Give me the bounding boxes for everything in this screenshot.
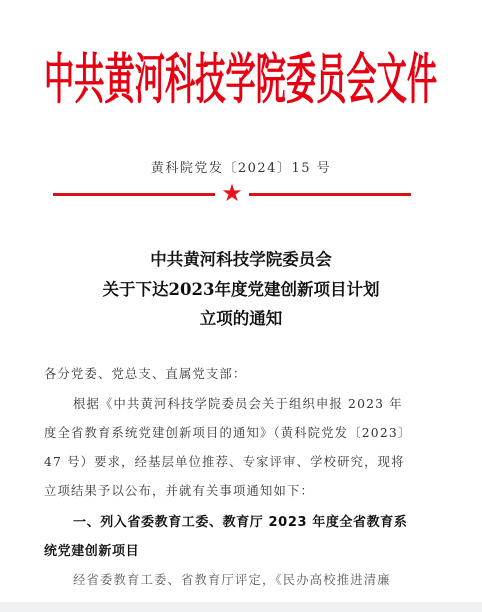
paragraph1-line-2: 度全省教育系统党建创新项目的通知》（黄科院党发〔2023〕: [44, 423, 444, 441]
document-page: 中共黄河科技学院委员会文件 黄科院党发〔2024〕15 号 ★ 中共黄河科技学院…: [0, 0, 482, 602]
paragraph2-line-1: 经省委教育工委、省教育厅评定，《民办高校推进清廉: [73, 570, 473, 588]
masthead-text: 中共黄河科技学院委员会文件: [44, 38, 437, 124]
red-divider-right: [249, 193, 411, 196]
title-line-2: 关于下达2023年度党建创新项目计划: [0, 276, 482, 300]
section1-heading-line-1: 一、列入省委教育工委、教育厅 2023 年度全省教育系: [73, 511, 473, 530]
red-divider-left: [53, 193, 215, 196]
section1-heading-line-2: 统党建创新项目: [44, 540, 444, 559]
paragraph1-line-1: 根据《中共黄河科技学院委员会关于组织申报 2023 年: [73, 394, 473, 412]
salutation: 各分党委、党总支、直属党支部：: [44, 364, 444, 382]
paragraph1-line-3: 47 号）要求，经基层单位推荐、专家评审、学校研究，现将: [44, 452, 444, 470]
star-icon: ★: [220, 181, 244, 205]
title-line-1: 中共黄河科技学院委员会: [0, 246, 482, 270]
paragraph1-line-4: 立项结果予以公布，并就有关事项通知如下：: [44, 481, 444, 499]
document-masthead: 中共黄河科技学院委员会文件: [44, 38, 424, 124]
document-number: 黄科院党发〔2024〕15 号: [0, 157, 482, 176]
title-line-3: 立项的通知: [0, 305, 482, 329]
bottom-bar: [0, 602, 482, 612]
